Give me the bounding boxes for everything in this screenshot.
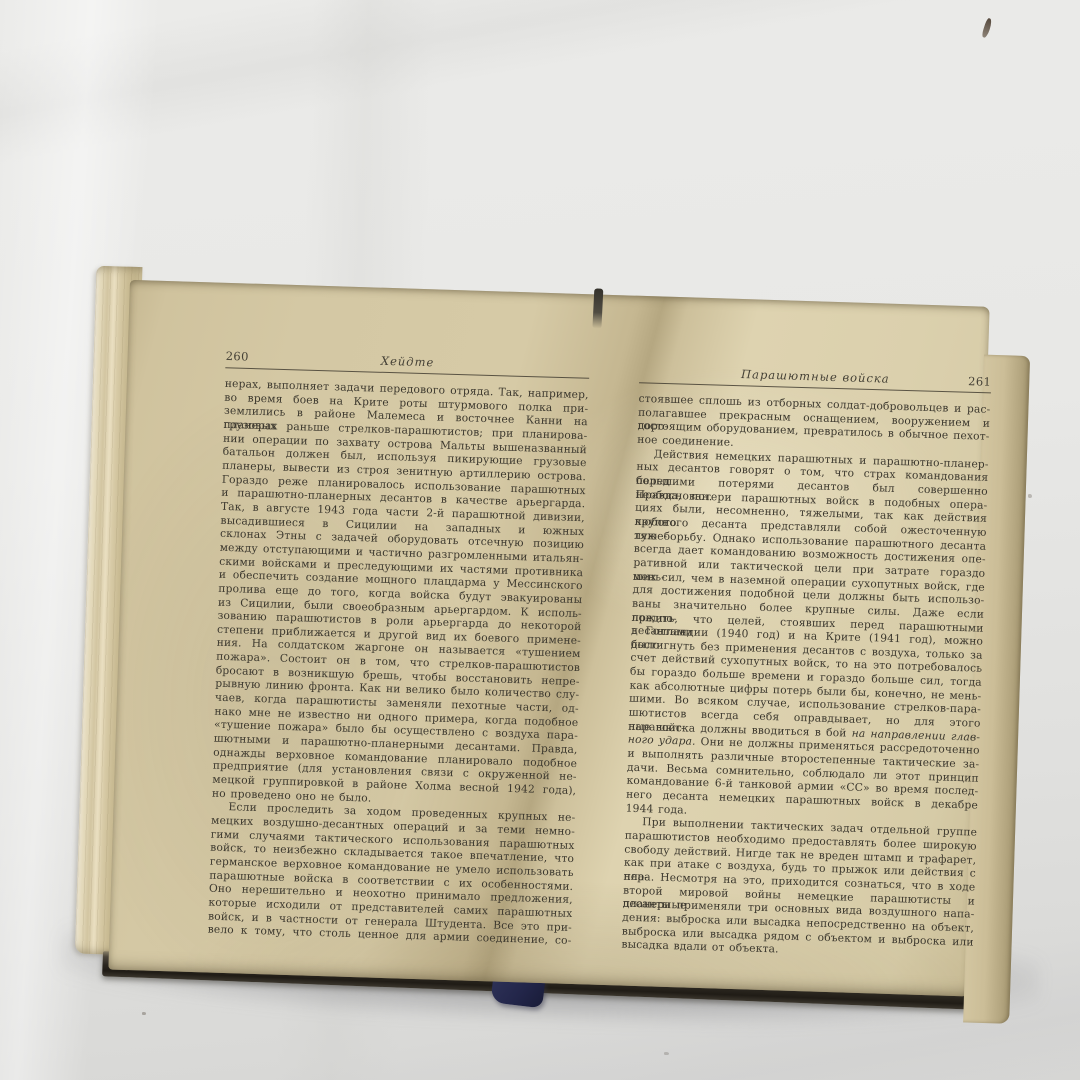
right-page-number: 261	[961, 374, 991, 389]
left-page-text: нерах, выполняет задачи передового отряд…	[207, 377, 588, 948]
left-running-head: Хейдте	[381, 354, 435, 370]
debris-speck	[1028, 494, 1032, 498]
debris-speck	[664, 1052, 669, 1055]
photo-scene: 260 Хейдте нерах, выполняет задачи перед…	[0, 0, 1080, 1080]
spine-top	[592, 288, 603, 328]
page-spread: 260 Хейдте нерах, выполняет задачи перед…	[108, 280, 989, 997]
open-book: 260 Хейдте нерах, выполняет задачи перед…	[73, 244, 1016, 1033]
left-page: 260 Хейдте нерах, выполняет задачи перед…	[207, 349, 589, 948]
right-page: Парашютные войска 261 стоявшее сплошь из…	[621, 364, 991, 963]
left-page-number: 260	[225, 349, 255, 364]
debris-speck	[142, 1012, 146, 1015]
right-running-head: Парашютные войска	[741, 367, 890, 386]
right-page-text: стоявшее сплошь из отборных солдат-добро…	[621, 392, 990, 963]
